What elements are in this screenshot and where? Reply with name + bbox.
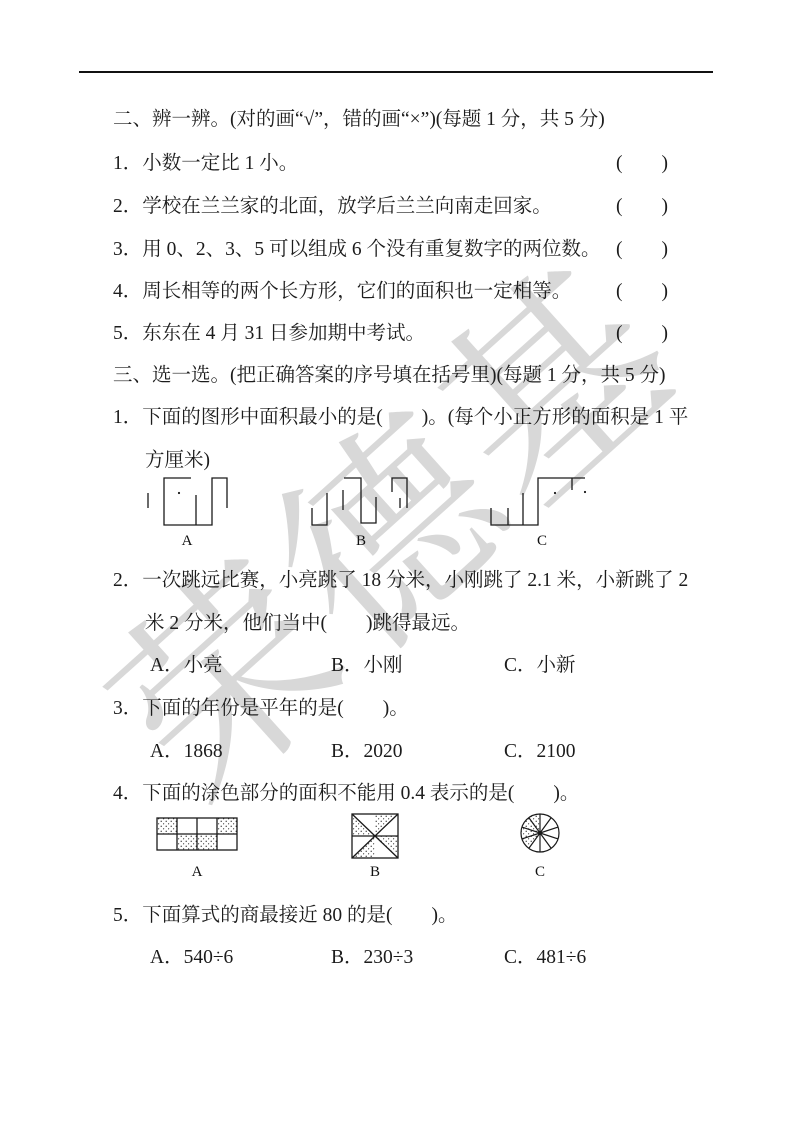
tf-item-4-text: 4．周长相等的两个长方形，它们的面积也一定相等。 [113,275,571,303]
q4-figure-c [521,814,559,852]
tf-item-5: 5．东东在 4 月 31 日参加期中考试。 ( ) [113,317,668,345]
tf-item-3-text: 3．用 0、2、3、5 可以组成 6 个没有重复数字的两位数。 [113,233,601,261]
q1-line-1: 1．下面的图形中面积最小的是( )。(每个小正方形的面积是 1 平 [113,401,688,429]
page-content: 二、辨一辨。(对的画“√”，错的画“×”)(每题 1 分，共 5 分) 1．小数… [0,0,793,1122]
q2-line-1: 2．一次跳远比赛，小亮跳了 18 分米，小刚跳了 2.1 米，小新跳了 2 [113,564,688,592]
q4-figure-label-b: B [370,864,380,880]
q2-line-2: 米 2 分米，他们当中( )跳得最远。 [145,607,470,635]
tf-item-1: 1．小数一定比 1 小。 ( ) [113,147,668,175]
q2-option-a: A．小亮 [150,649,223,677]
q1-figure-b [312,478,407,525]
q5-options: A．540÷6 B．230÷3 C．481÷6 [0,941,793,965]
tf-item-1-text: 1．小数一定比 1 小。 [113,147,298,175]
q3-options: A．1868 B．2020 C．2100 [0,735,793,759]
q1-figure-label-b: B [356,533,366,549]
tf-item-4-answer-bracket: ( ) [616,275,668,303]
q4-figure-label-c: C [535,864,545,880]
q3-option-b: B．2020 [331,735,403,763]
q2-option-c: C．小新 [504,649,576,677]
q4-line-1: 4．下面的涂色部分的面积不能用 0.4 表示的是( )。 [113,777,579,805]
q4-figure-b [352,814,398,858]
q1-figure-c [491,478,586,525]
tf-item-3: 3．用 0、2、3、5 可以组成 6 个没有重复数字的两位数。 ( ) [113,233,668,261]
q3-option-c: C．2100 [504,735,576,763]
tf-item-3-answer-bracket: ( ) [616,233,668,261]
q2-options: A．小亮 B．小刚 C．小新 [0,649,793,673]
worksheet-page: 荣德基 二、辨一辨。(对的画“√”，错的画“×”)(每题 1 分，共 5 分) … [0,0,793,1122]
q1-figure-label-c: C [537,533,547,549]
q2-option-b: B．小刚 [331,649,403,677]
section-2-heading: 二、辨一辨。(对的画“√”，错的画“×”)(每题 1 分，共 5 分) [113,103,605,131]
tf-item-5-text: 5．东东在 4 月 31 日参加期中考试。 [113,317,425,345]
q3-line-1: 3．下面的年份是平年的是( )。 [113,692,409,720]
q4-figures: A B C [150,810,570,882]
section-3-heading: 三、选一选。(把正确答案的序号填在括号里)(每题 1 分，共 5 分) [113,359,665,387]
q4-figure-label-a: A [192,864,203,880]
q5-option-c: C．481÷6 [504,941,586,969]
tf-item-2-answer-bracket: ( ) [616,190,668,218]
q5-option-a: A．540÷6 [150,941,233,969]
tf-item-4: 4．周长相等的两个长方形，它们的面积也一定相等。 ( ) [113,275,668,303]
q1-line-2: 方厘米) [145,444,210,472]
tf-item-1-answer-bracket: ( ) [616,147,668,175]
top-rule-divider [79,71,713,73]
q5-option-b: B．230÷3 [331,941,413,969]
tf-item-2: 2．学校在兰兰家的北面，放学后兰兰向南走回家。 ( ) [113,190,668,218]
q3-option-a: A．1868 [150,735,223,763]
q1-figures: A B C [130,470,600,550]
q5-line-1: 5．下面算式的商最接近 80 的是( )。 [113,899,458,927]
q1-figure-a [148,478,227,525]
q4-figure-a [157,818,237,850]
q1-figure-label-a: A [182,533,193,549]
tf-item-2-text: 2．学校在兰兰家的北面，放学后兰兰向南走回家。 [113,190,552,218]
tf-item-5-answer-bracket: ( ) [616,317,668,345]
